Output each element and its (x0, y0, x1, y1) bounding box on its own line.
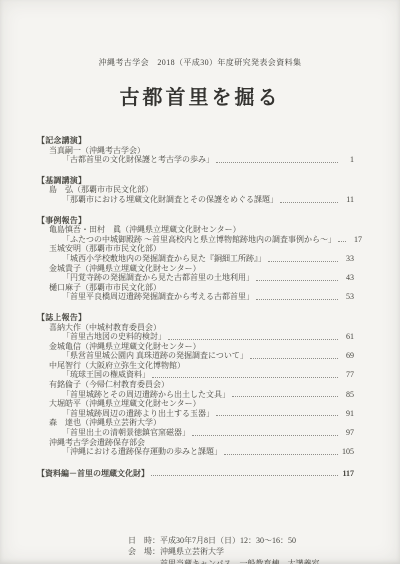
entry-author: 有銘倫子（今帰仁村教育委員会） (37, 380, 354, 390)
entry-page: 97 (340, 428, 354, 438)
entry-title-row: 「首里平良橋周辺遺跡発掘調査から考える古都首里」53 (37, 292, 354, 302)
entry-page: 77 (340, 370, 354, 380)
entry-author: 玉城安明（那覇市市民文化部） (37, 244, 354, 254)
entry-title-row: 「首里出土の清朝景徳鎮官窯磁器」97 (37, 428, 354, 438)
toc-entry: 玉城安明（那覇市市民文化部）「城西小学校敷地内の発掘調査から見た『銅細工所跡』」… (37, 244, 354, 263)
dot-leader (151, 474, 338, 476)
entry-title-row: 「琉球王国の権威資料」77 (37, 370, 354, 380)
toc-entry: 中尾智行（大阪府立弥生文化博物館）「琉球王国の権威資料」77 (37, 361, 354, 380)
entry-author: 森 達也（沖縄県立芸術大学） (37, 418, 354, 428)
entry-title: 「県営首里城公園内 真珠道跡の発掘調査について」 (62, 351, 248, 361)
entry-title: 「那覇市における埋蔵文化財調査とその保護をめぐる課題」 (62, 195, 278, 205)
entry-page: 105 (340, 447, 354, 457)
entry-author: 当真嗣一（沖縄考古学会） (37, 146, 354, 156)
section-heading: 【誌上報告】 (37, 313, 354, 323)
toc-entry: 喜納大作（中城村教育委員会）「首里古地図の史料的検討」61 (37, 323, 354, 342)
entry-title-row: 「県営首里城公園内 真珠道跡の発掘調査について」69 (37, 351, 354, 361)
entry-title-row: 「首里古地図の史料的検討」61 (37, 332, 354, 342)
toc-entry: 金城亀信（沖縄県立埋蔵文化財センター）「県営首里城公園内 真珠道跡の発掘調査につ… (37, 342, 354, 361)
toc-entry: 有銘倫子（今帰仁村教育委員会）「首里城跡とその周辺遺跡から出土した文具」85 (37, 380, 354, 399)
entry-title-row: 「首里城跡周辺の遺跡より出土する玉器」91 (37, 409, 354, 419)
footer-line: 首里当蔵キャンパス 一般教育棟 大講義室 (128, 558, 400, 564)
entry-page: 1 (340, 155, 354, 165)
dot-leader (268, 260, 338, 262)
entry-author: 沖縄考古学会遺跡保存部会 (37, 438, 354, 448)
entry-title-row: 「沖縄における遺跡保存運動の歩みと課題」105 (37, 447, 354, 457)
dot-leader (168, 338, 338, 340)
toc-entry: 亀島慎吾・田村 眞（沖縄県立埋蔵文化財センター）「ふたつの中城御殿跡 ～首里高校… (37, 225, 354, 244)
entry-page: 17 (348, 235, 362, 245)
dot-leader (280, 201, 338, 203)
entry-page: 11 (340, 195, 354, 205)
entry-author: 喜納大作（中城村教育委員会） (37, 323, 354, 333)
dot-leader (152, 376, 338, 378)
toc-section: 【記念講演】当真嗣一（沖縄考古学会）「古都首里の文化財保護と考古学の歩み」1 (37, 136, 354, 165)
entry-title: 「円覚寺跡の発掘調査から見た古都首里の土地利用」 (62, 273, 254, 283)
toc-entry: 当真嗣一（沖縄考古学会）「古都首里の文化財保護と考古学の歩み」1 (37, 146, 354, 165)
entry-title-row: 「那覇市における埋蔵文化財調査とその保護をめぐる課題」11 (37, 195, 354, 205)
toc-entry: 森 達也（沖縄県立芸術大学）「首里出土の清朝景徳鎮官窯磁器」97 (37, 418, 354, 437)
entry-author: 亀島慎吾・田村 眞（沖縄県立埋蔵文化財センター） (37, 225, 354, 235)
series-label: 沖縄考古学会 2018（平成30）年度研究発表会資料集 (0, 57, 400, 68)
entry-title: 「首里城跡とその周辺遺跡から出土した文具」 (62, 390, 230, 400)
dot-leader (224, 453, 338, 455)
entry-page: 85 (340, 390, 354, 400)
dot-leader (338, 240, 346, 242)
entry-title: 「首里出土の清朝景徳鎮官窯磁器」 (62, 428, 190, 438)
toc-entry: 樋口麻子（那覇市市民文化部）「首里平良橋周辺遺跡発掘調査から考える古都首里」53 (37, 283, 354, 302)
footer-line: 会 場：沖縄県立芸術大学 (128, 546, 400, 558)
entry-page: 69 (340, 351, 354, 361)
entry-title: 「琉球王国の権威資料」 (62, 370, 150, 380)
section-heading: 【事例報告】 (37, 216, 354, 226)
dot-leader (250, 357, 338, 359)
entry-author: 金城貴子（沖縄県立埋蔵文化財センター） (37, 264, 354, 274)
entry-page: 61 (340, 332, 354, 342)
appendix-row: 【資料編－首里の埋蔵文化財】 117 (37, 469, 354, 479)
dot-leader (192, 434, 338, 436)
dot-leader (232, 395, 338, 397)
entry-author: 樋口麻子（那覇市市民文化部） (37, 283, 354, 293)
entry-title-row: 「ふたつの中城御殿跡 ～首里高校内と県立博物館跡地内の調査事例から～」17 (37, 235, 354, 245)
toc-entry: 島 弘（那覇市市民文化部）「那覇市における埋蔵文化財調査とその保護をめぐる課題」… (37, 185, 354, 204)
entry-page: 91 (340, 409, 354, 419)
scanned-page: 沖縄考古学会 2018（平成30）年度研究発表会資料集 古都首里を掘る 【記念講… (0, 0, 400, 564)
entry-title: 「古都首里の文化財保護と考古学の歩み」 (62, 155, 214, 165)
appendix-page: 117 (340, 469, 354, 479)
appendix-label: 【資料編－首里の埋蔵文化財】 (37, 469, 149, 479)
entry-title: 「ふたつの中城御殿跡 ～首里高校内と県立博物館跡地内の調査事例から～」 (62, 235, 336, 245)
entry-page: 43 (340, 273, 354, 283)
entry-title-row: 「古都首里の文化財保護と考古学の歩み」1 (37, 155, 354, 165)
page-title: 古都首里を掘る (0, 81, 400, 110)
entry-page: 53 (340, 292, 354, 302)
table-of-contents: 【記念講演】当真嗣一（沖縄考古学会）「古都首里の文化財保護と考古学の歩み」1【基… (37, 136, 354, 478)
entry-title-row: 「首里城跡とその周辺遺跡から出土した文具」85 (37, 390, 354, 400)
footer-line: 日 時：平成30年7月8日（日）12：30～16：50 (128, 535, 400, 547)
toc-entry: 金城貴子（沖縄県立埋蔵文化財センター）「円覚寺跡の発掘調査から見た古都首里の土地… (37, 264, 354, 283)
entry-page: 33 (340, 254, 354, 264)
entry-author: 金城亀信（沖縄県立埋蔵文化財センター） (37, 342, 354, 352)
dot-leader (216, 161, 338, 163)
toc-section: 【誌上報告】喜納大作（中城村教育委員会）「首里古地図の史料的検討」61金城亀信（… (37, 313, 354, 457)
toc-entry: 大堀皓平（沖縄県立埋蔵文化財センター）「首里城跡周辺の遺跡より出土する玉器」91 (37, 399, 354, 418)
section-heading: 【記念講演】 (37, 136, 354, 146)
event-info: 日 時：平成30年7月8日（日）12：30～16：50会 場：沖縄県立芸術大学 … (128, 500, 400, 564)
entry-title: 「首里平良橋周辺遺跡発掘調査から考える古都首里」 (62, 292, 254, 302)
entry-title: 「首里古地図の史料的検討」 (62, 332, 166, 342)
entry-author: 島 弘（那覇市市民文化部） (37, 185, 354, 195)
toc-entry: 沖縄考古学会遺跡保存部会「沖縄における遺跡保存運動の歩みと課題」105 (37, 438, 354, 457)
dot-leader (256, 298, 338, 300)
toc-section: 【基調講演】島 弘（那覇市市民文化部）「那覇市における埋蔵文化財調査とその保護を… (37, 176, 354, 205)
entry-title: 「沖縄における遺跡保存運動の歩みと課題」 (62, 447, 222, 457)
entry-title: 「城西小学校敷地内の発掘調査から見た『銅細工所跡』」 (62, 254, 266, 264)
dot-leader (256, 279, 338, 281)
entry-author: 大堀皓平（沖縄県立埋蔵文化財センター） (37, 399, 354, 409)
dot-leader (216, 414, 338, 416)
section-heading: 【基調講演】 (37, 176, 354, 186)
entry-title-row: 「城西小学校敷地内の発掘調査から見た『銅細工所跡』」33 (37, 254, 354, 264)
entry-title: 「首里城跡周辺の遺跡より出土する玉器」 (62, 409, 214, 419)
toc-section: 【事例報告】亀島慎吾・田村 眞（沖縄県立埋蔵文化財センター）「ふたつの中城御殿跡… (37, 216, 354, 302)
entry-title-row: 「円覚寺跡の発掘調査から見た古都首里の土地利用」43 (37, 273, 354, 283)
